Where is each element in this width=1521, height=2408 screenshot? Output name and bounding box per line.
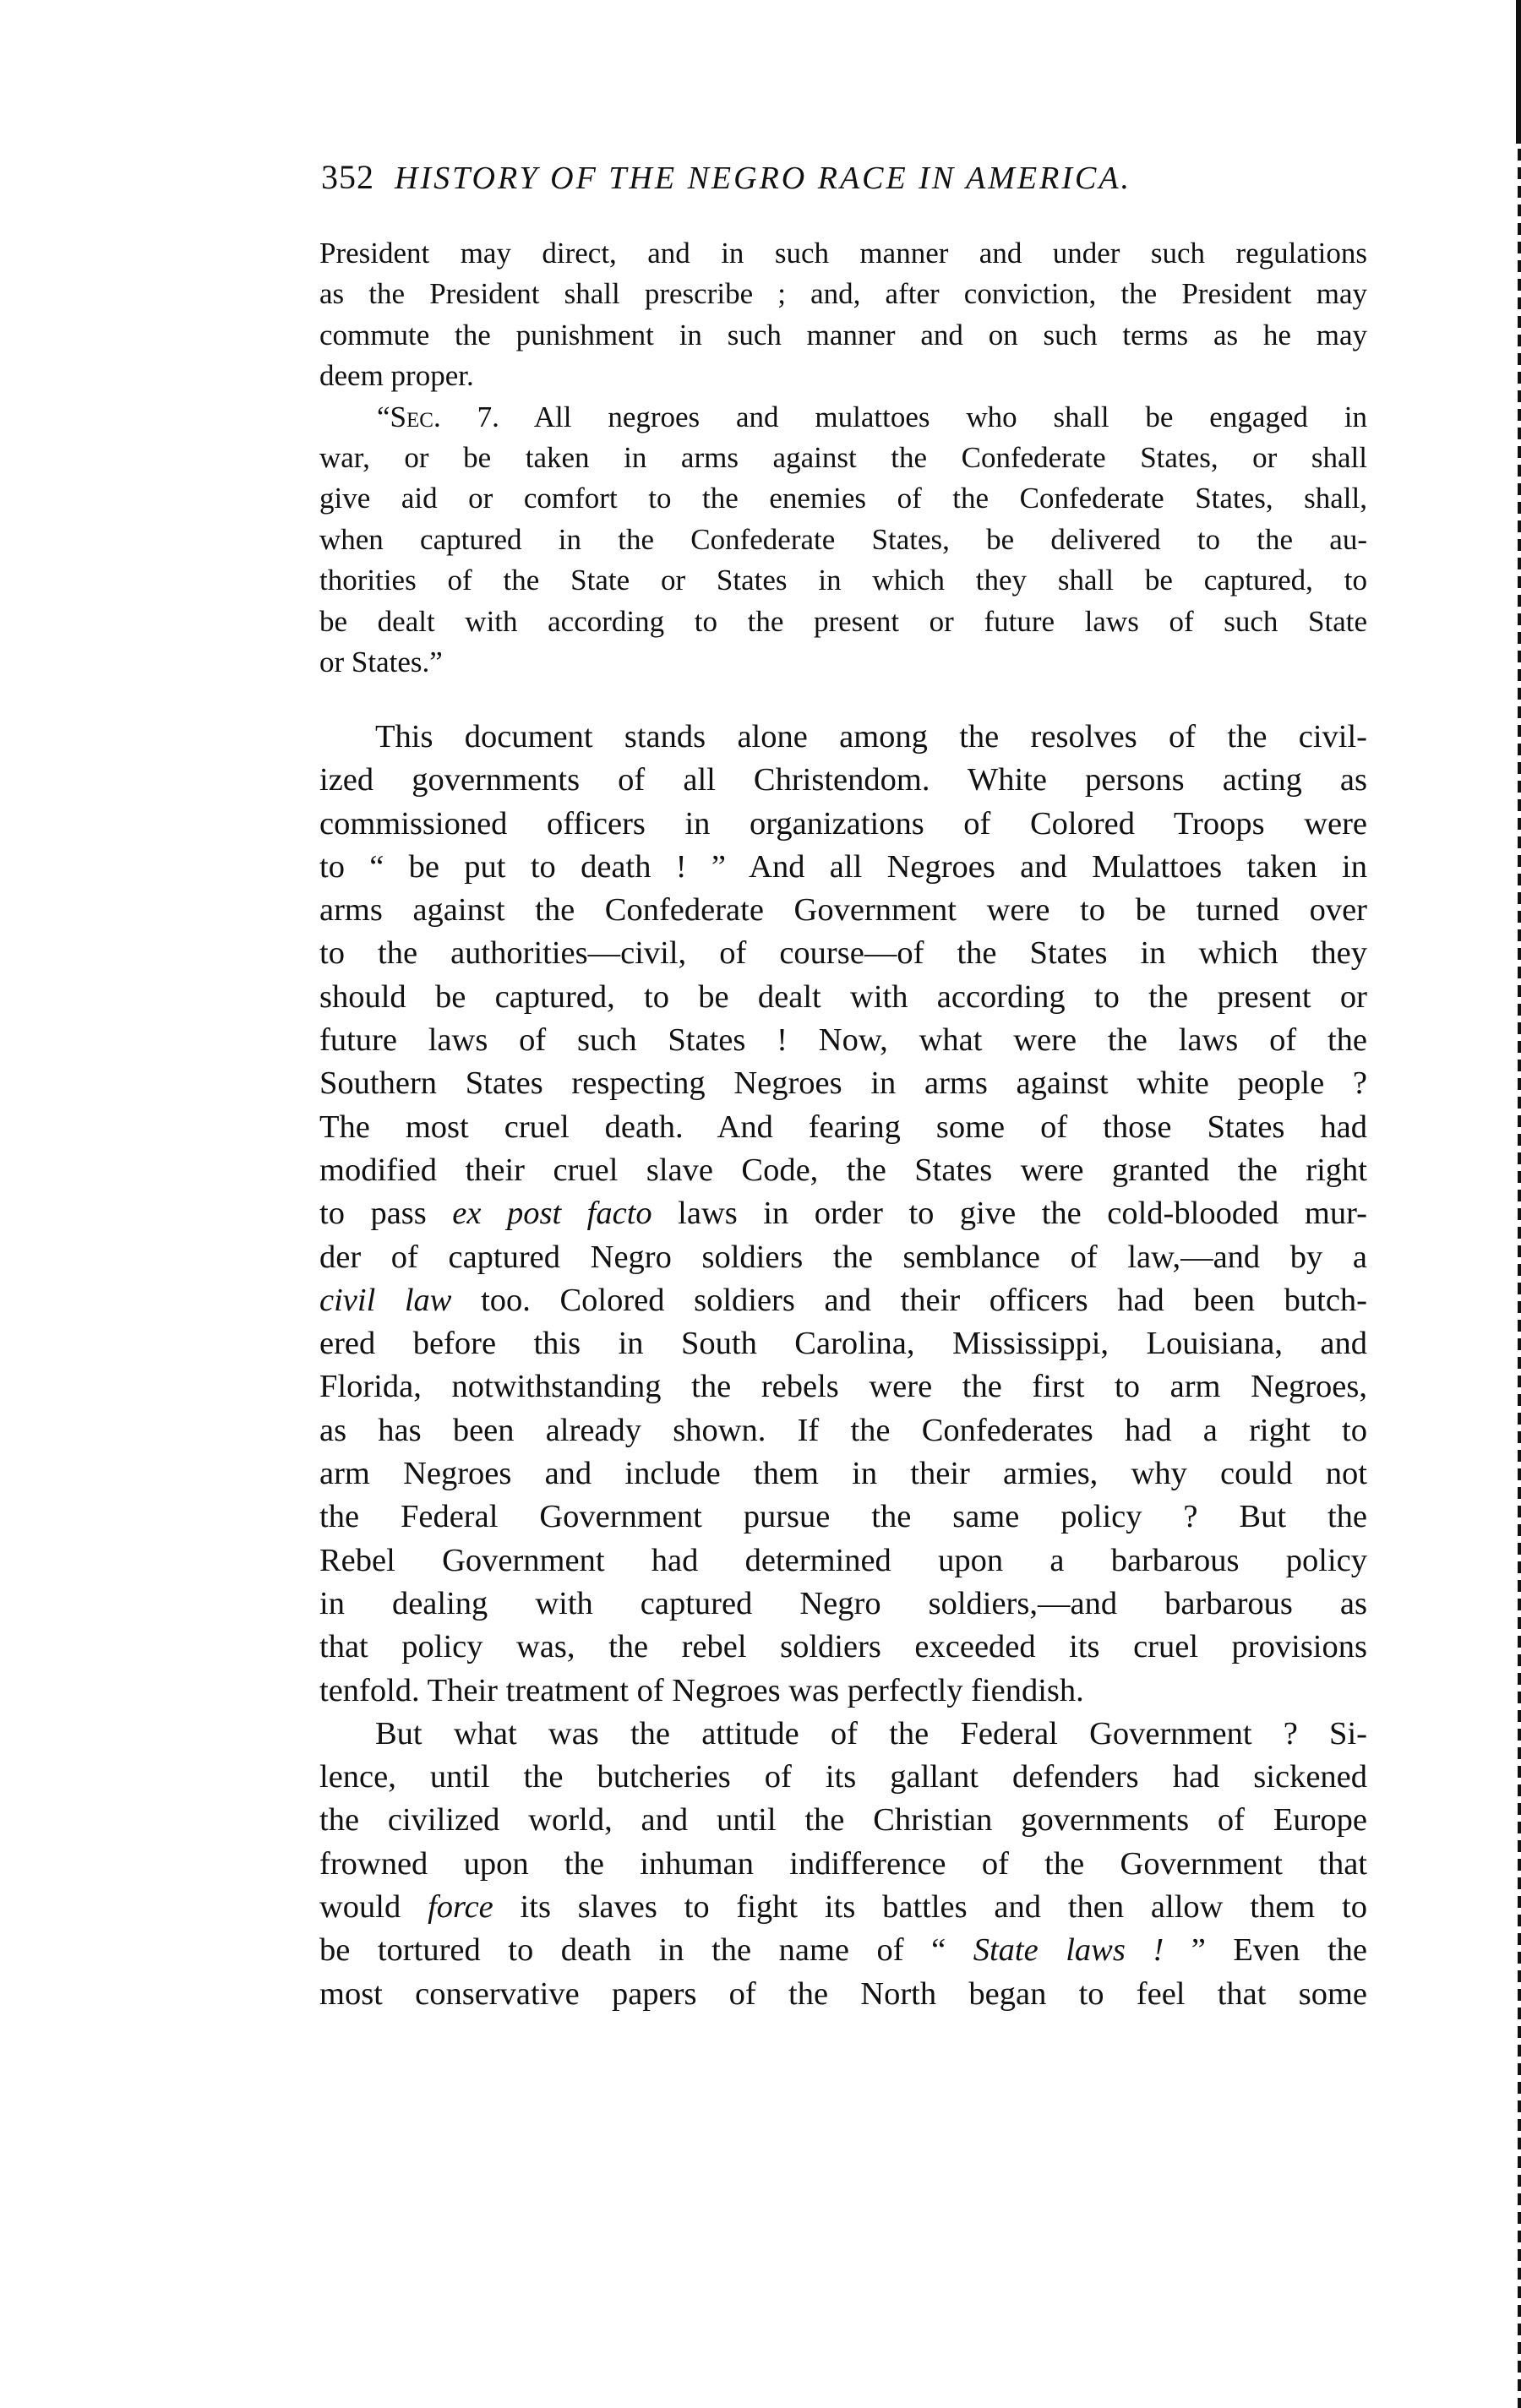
text-line: commute the punishment in such manner an… (319, 315, 1367, 356)
text-line-with-italic: would force its slaves to fight its batt… (319, 1886, 1367, 1929)
text-line-with-italic: civil law too. Colored soldiers and thei… (319, 1279, 1367, 1322)
text-line: future laws of such States ! Now, what w… (319, 1019, 1367, 1062)
text-line: be dealt with according to the present o… (319, 602, 1367, 642)
text-line: or States.” (319, 642, 1367, 683)
open-quote: “ (377, 400, 390, 433)
italic-phrase: civil law (319, 1283, 451, 1318)
text-segment: laws in order to give the cold-blooded m… (652, 1196, 1367, 1231)
text-line: to the authorities—civil, of course—of t… (319, 932, 1367, 975)
text-segment: ” Even the (1164, 1932, 1367, 1968)
text-line: The most cruel death. And fearing some o… (319, 1106, 1367, 1149)
text-line: modified their cruel slave Code, the Sta… (319, 1149, 1367, 1192)
text-segment: be tortured to death in the name of “ (319, 1932, 973, 1968)
sec-text: . 7. All negroes and mulattoes who shall… (433, 400, 1367, 433)
text-line: ered before this in South Carolina, Miss… (319, 1322, 1367, 1365)
text-line: should be captured, to be dealt with acc… (319, 976, 1367, 1019)
text-line: as the President shall prescribe ; and, … (319, 274, 1367, 314)
text-line: arms against the Confederate Government … (319, 889, 1367, 932)
text-line: in dealing with captured Negro soldiers,… (319, 1583, 1367, 1626)
book-page: 352 HISTORY OF THE NEGRO RACE IN AMERICA… (0, 0, 1521, 2408)
paragraph-first-line: But what was the attitude of the Federal… (319, 1713, 1367, 1756)
text-line: thorities of the State or States in whic… (319, 560, 1367, 601)
text-line: the civilized world, and until the Chris… (319, 1799, 1367, 1842)
italic-word: force (428, 1889, 493, 1925)
text-line: arm Negroes and include them in their ar… (319, 1452, 1367, 1495)
text-segment: its slaves to fight its battles and then… (493, 1889, 1367, 1925)
running-header: 352 HISTORY OF THE NEGRO RACE IN AMERICA… (321, 157, 1369, 198)
text-line: give aid or comfort to the enemies of th… (319, 478, 1367, 519)
sec-label: Sec (390, 400, 433, 433)
text-line: commissioned officers in organizations o… (319, 803, 1367, 846)
text-line: der of captured Negro soldiers the sembl… (319, 1236, 1367, 1279)
text-line: most conservative papers of the North be… (319, 1973, 1367, 2016)
text-line: ized governments of all Christendom. Whi… (319, 759, 1367, 802)
text-line: tenfold. Their treatment of Negroes was … (319, 1670, 1367, 1713)
text-line: when captured in the Confederate States,… (319, 520, 1367, 560)
text-line: Rebel Government had determined upon a b… (319, 1539, 1367, 1583)
text-segment: would (319, 1889, 428, 1925)
text-line: frowned upon the inhuman indifference of… (319, 1843, 1367, 1886)
text-line: that policy was, the rebel soldiers exce… (319, 1626, 1367, 1669)
running-title: HISTORY OF THE NEGRO RACE IN AMERICA. (395, 161, 1131, 196)
quoted-act-section: President may direct, and in such manner… (319, 233, 1367, 683)
text-line: deem proper. (319, 356, 1367, 396)
page-number: 352 (321, 158, 374, 196)
italic-phrase: State laws ! (973, 1932, 1164, 1968)
text-line: to “ be put to death ! ” And all Negroes… (319, 846, 1367, 889)
text-line: as has been already shown. If the Confed… (319, 1409, 1367, 1452)
text-line: the Federal Government pursue the same p… (319, 1495, 1367, 1539)
text-line: war, or be taken in arms against the Con… (319, 438, 1367, 478)
text-line: Florida, notwithstanding the rebels were… (319, 1365, 1367, 1408)
text-line-with-italic: be tortured to death in the name of “ St… (319, 1929, 1367, 1972)
text-line: lence, until the butcheries of its galla… (319, 1756, 1367, 1799)
text-line: President may direct, and in such manner… (319, 233, 1367, 274)
body-text: This document stands alone among the res… (319, 716, 1367, 2016)
text-segment: too. Colored soldiers and their officers… (451, 1283, 1367, 1318)
text-line: Southern States respecting Negroes in ar… (319, 1062, 1367, 1105)
text-segment: to pass (319, 1196, 452, 1231)
section-7-line: “Sec. 7. All negroes and mulattoes who s… (319, 397, 1367, 438)
italic-phrase: ex post facto (452, 1196, 651, 1231)
scan-edge-border (1518, 0, 1521, 2408)
paragraph-first-line: This document stands alone among the res… (319, 716, 1367, 759)
text-line-with-italic: to pass ex post facto laws in order to g… (319, 1192, 1367, 1235)
